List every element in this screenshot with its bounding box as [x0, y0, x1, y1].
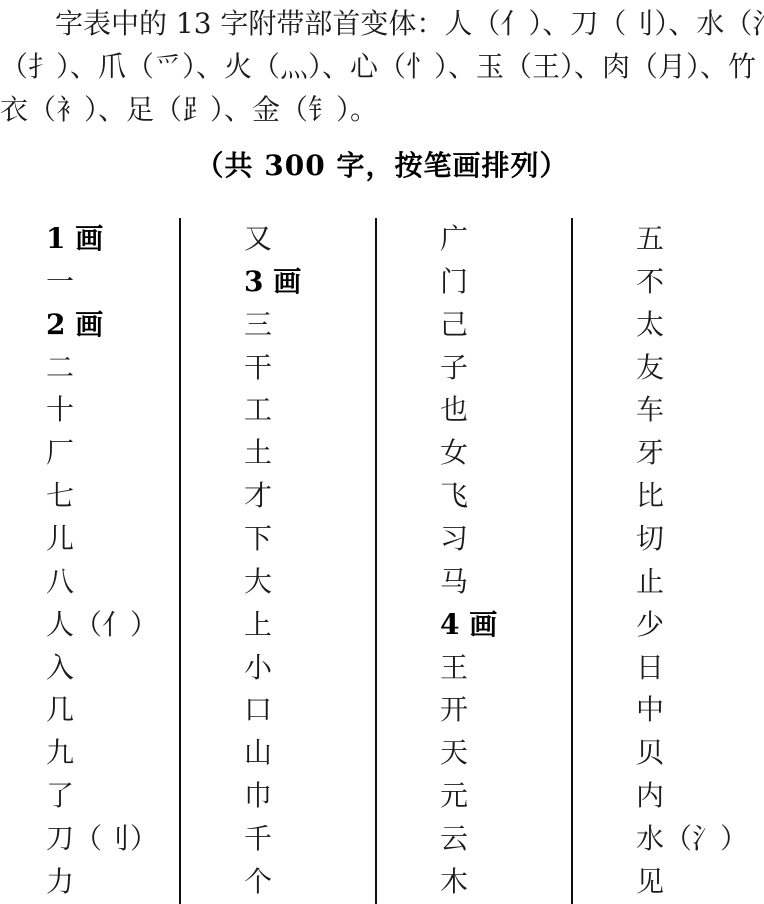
character-entry: 木 [440, 861, 571, 904]
table-column-1: 1 画一2 画二十厂七儿八人（亻）入几九了刀（刂）力 [0, 218, 181, 904]
intro-line-2: （扌）、爪（爫）、火（灬）、心（忄）、玉（王）、肉（月）、竹（⺮）、 [0, 45, 764, 88]
character-entry: 十 [46, 389, 179, 432]
stroke-count-header: 4 画 [440, 604, 571, 647]
character-entry: 小 [244, 647, 375, 690]
character-entry: 厂 [46, 432, 179, 475]
character-entry: 止 [636, 561, 762, 604]
table-column-2: 又3 画三干工土才下大上小口山巾千个 [181, 218, 377, 904]
character-entry: 土 [244, 432, 375, 475]
character-entry: 上 [244, 604, 375, 647]
character-entry: 千 [244, 818, 375, 861]
character-entry: 开 [440, 689, 571, 732]
character-entry: 三 [244, 304, 375, 347]
character-entry: 工 [244, 389, 375, 432]
intro-line-3: 衣（衤）、足（⻊）、金（钅）。 [0, 88, 764, 131]
character-entry: 切 [636, 518, 762, 561]
character-entry: 七 [46, 475, 179, 518]
character-entry: 五 [636, 218, 762, 261]
character-entry: 少 [636, 604, 762, 647]
character-entry: 人（亻） [46, 604, 179, 647]
character-entry: 水（氵） [636, 818, 762, 861]
character-entry: 九 [46, 732, 179, 775]
character-entry: 了 [46, 775, 179, 818]
character-entry: 广 [440, 218, 571, 261]
character-entry: 不 [636, 261, 762, 304]
character-entry: 干 [244, 347, 375, 390]
character-entry: 子 [440, 347, 571, 390]
character-entry: 女 [440, 432, 571, 475]
character-entry: 车 [636, 389, 762, 432]
document-page: 字表中的 13 字附带部首变体：人（亻）、刀（刂）、水（氵）、手 （扌）、爪（爫… [0, 0, 764, 904]
character-entry: 巾 [244, 775, 375, 818]
character-entry: 几 [46, 689, 179, 732]
table-column-4: 五不太友车牙比切止少日中贝内水（氵）见 [573, 218, 762, 904]
character-entry: 飞 [440, 475, 571, 518]
character-entry: 也 [440, 389, 571, 432]
stroke-count-header: 1 画 [46, 218, 179, 261]
character-entry: 二 [46, 347, 179, 390]
character-entry: 马 [440, 561, 571, 604]
character-entry: 友 [636, 347, 762, 390]
character-entry: 儿 [46, 518, 179, 561]
character-table: 1 画一2 画二十厂七儿八人（亻）入几九了刀（刂）力 又3 画三干工土才下大上小… [0, 218, 764, 904]
character-entry: 入 [46, 647, 179, 690]
character-entry: 太 [636, 304, 762, 347]
character-entry: 门 [440, 261, 571, 304]
character-entry: 大 [244, 561, 375, 604]
character-entry: 个 [244, 861, 375, 904]
character-entry: 内 [636, 775, 762, 818]
intro-line-1: 字表中的 13 字附带部首变体：人（亻）、刀（刂）、水（氵）、手 [0, 2, 764, 45]
character-entry: 才 [244, 475, 375, 518]
character-entry: 见 [636, 861, 762, 904]
character-entry: 贝 [636, 732, 762, 775]
intro-paragraph: 字表中的 13 字附带部首变体：人（亻）、刀（刂）、水（氵）、手 （扌）、爪（爫… [0, 2, 764, 131]
character-entry: 中 [636, 689, 762, 732]
table-column-3: 广门己子也女飞习马4 画王开天元云木 [377, 218, 573, 904]
character-entry: 日 [636, 647, 762, 690]
stroke-count-header: 2 画 [46, 304, 179, 347]
character-entry: 刀（刂） [46, 818, 179, 861]
character-entry: 天 [440, 732, 571, 775]
character-entry: 牙 [636, 432, 762, 475]
section-heading: （共 300 字，按笔画排列） [0, 146, 764, 186]
stroke-count-header: 3 画 [244, 261, 375, 304]
character-entry: 力 [46, 861, 179, 904]
character-entry: 一 [46, 261, 179, 304]
character-entry: 习 [440, 518, 571, 561]
character-entry: 比 [636, 475, 762, 518]
character-entry: 己 [440, 304, 571, 347]
character-entry: 下 [244, 518, 375, 561]
character-entry: 王 [440, 647, 571, 690]
character-entry: 山 [244, 732, 375, 775]
character-entry: 八 [46, 561, 179, 604]
character-entry: 又 [244, 218, 375, 261]
character-entry: 云 [440, 818, 571, 861]
character-entry: 元 [440, 775, 571, 818]
character-entry: 口 [244, 689, 375, 732]
